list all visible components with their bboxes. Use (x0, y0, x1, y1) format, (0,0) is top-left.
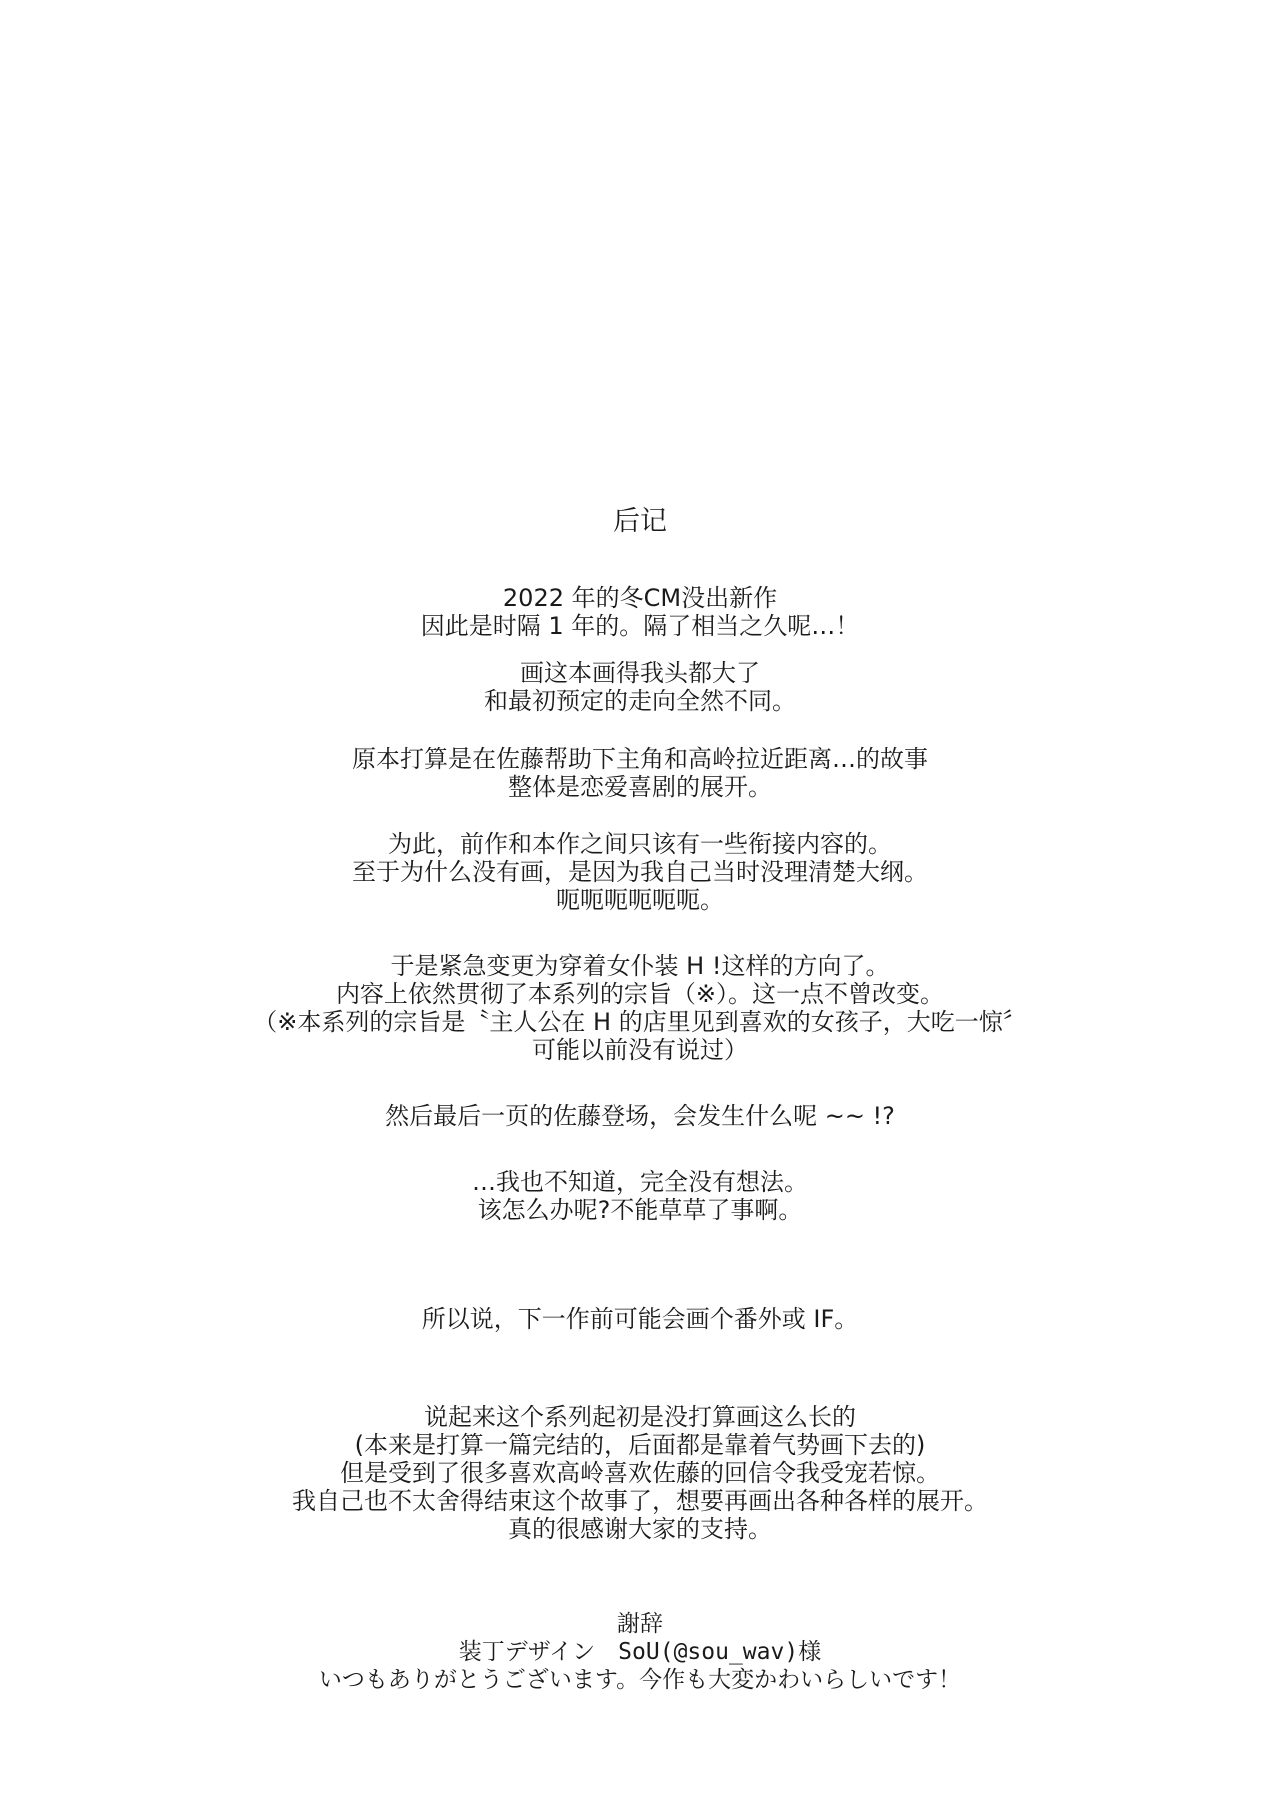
paragraph-5-line-3: （※本系列的宗旨是〝主人公在 H 的店里见到喜欢的女孩子，大吃一惊〞 (0, 1008, 1280, 1036)
paragraph-9-line-4: 我自己也不太舍得结束这个故事了，想要再画出各种各样的展开。 (0, 1487, 1280, 1515)
acknowledgements-heading: 謝辞 (0, 1610, 1280, 1638)
paragraph-4-line-3: 呃呃呃呃呃呃。 (0, 886, 1280, 914)
paragraph-5-line-1: 于是紧急变更为穿着女仆装 H !这样的方向了。 (0, 952, 1280, 980)
paragraph-2-line-1: 画这本画得我头都大了 (0, 659, 1280, 687)
paragraph-6-line-1: 然后最后一页的佐藤登场，会发生什么呢 ~~ !? (0, 1102, 1280, 1130)
paragraph-9-line-1: 说起来这个系列起初是没打算画这么长的 (0, 1403, 1280, 1431)
paragraph-3-line-2: 整体是恋爱喜剧的展开。 (0, 773, 1280, 801)
acknowledgements-credit: 装丁デザイン SoU(@sou_wav)様 (0, 1638, 1280, 1666)
paragraph-3-line-1: 原本打算是在佐藤帮助下主角和高岭拉近距离…的故事 (0, 745, 1280, 773)
paragraph-8-line-1: 所以说，下一作前可能会画个番外或 IF。 (0, 1305, 1280, 1333)
paragraph-1-line-2: 因此是时隔 1 年的。隔了相当之久呢…！ (0, 612, 1280, 640)
paragraph-1-line-1: 2022 年的冬CM没出新作 (0, 584, 1280, 612)
acknowledgements-message: いつもありがとうございます。今作も大変かわいらしいです！ (0, 1666, 1280, 1694)
paragraph-2-line-2: 和最初预定的走向全然不同。 (0, 687, 1280, 715)
paragraph-4-line-1: 为此，前作和本作之间只该有一些衔接内容的。 (0, 830, 1280, 858)
page-title: 后记 (0, 506, 1280, 538)
paragraph-5-line-4: 可能以前没有说过） (0, 1036, 1280, 1064)
paragraph-5-line-2: 内容上依然贯彻了本系列的宗旨（※）。这一点不曾改变。 (0, 980, 1280, 1008)
paragraph-9-line-2: (本来是打算一篇完结的，后面都是靠着气势画下去的) (0, 1431, 1280, 1459)
paragraph-7-line-1: …我也不知道，完全没有想法。 (0, 1168, 1280, 1196)
paragraph-9-line-5: 真的很感谢大家的支持。 (0, 1515, 1280, 1543)
afterword-page: 后记 2022 年的冬CM没出新作 因此是时隔 1 年的。隔了相当之久呢…！ 画… (0, 0, 1280, 1808)
paragraph-9-line-3: 但是受到了很多喜欢高岭喜欢佐藤的回信令我受宠若惊。 (0, 1459, 1280, 1487)
paragraph-4-line-2: 至于为什么没有画，是因为我自己当时没理清楚大纲。 (0, 858, 1280, 886)
paragraph-7-line-2: 该怎么办呢?不能草草了事啊。 (0, 1196, 1280, 1224)
